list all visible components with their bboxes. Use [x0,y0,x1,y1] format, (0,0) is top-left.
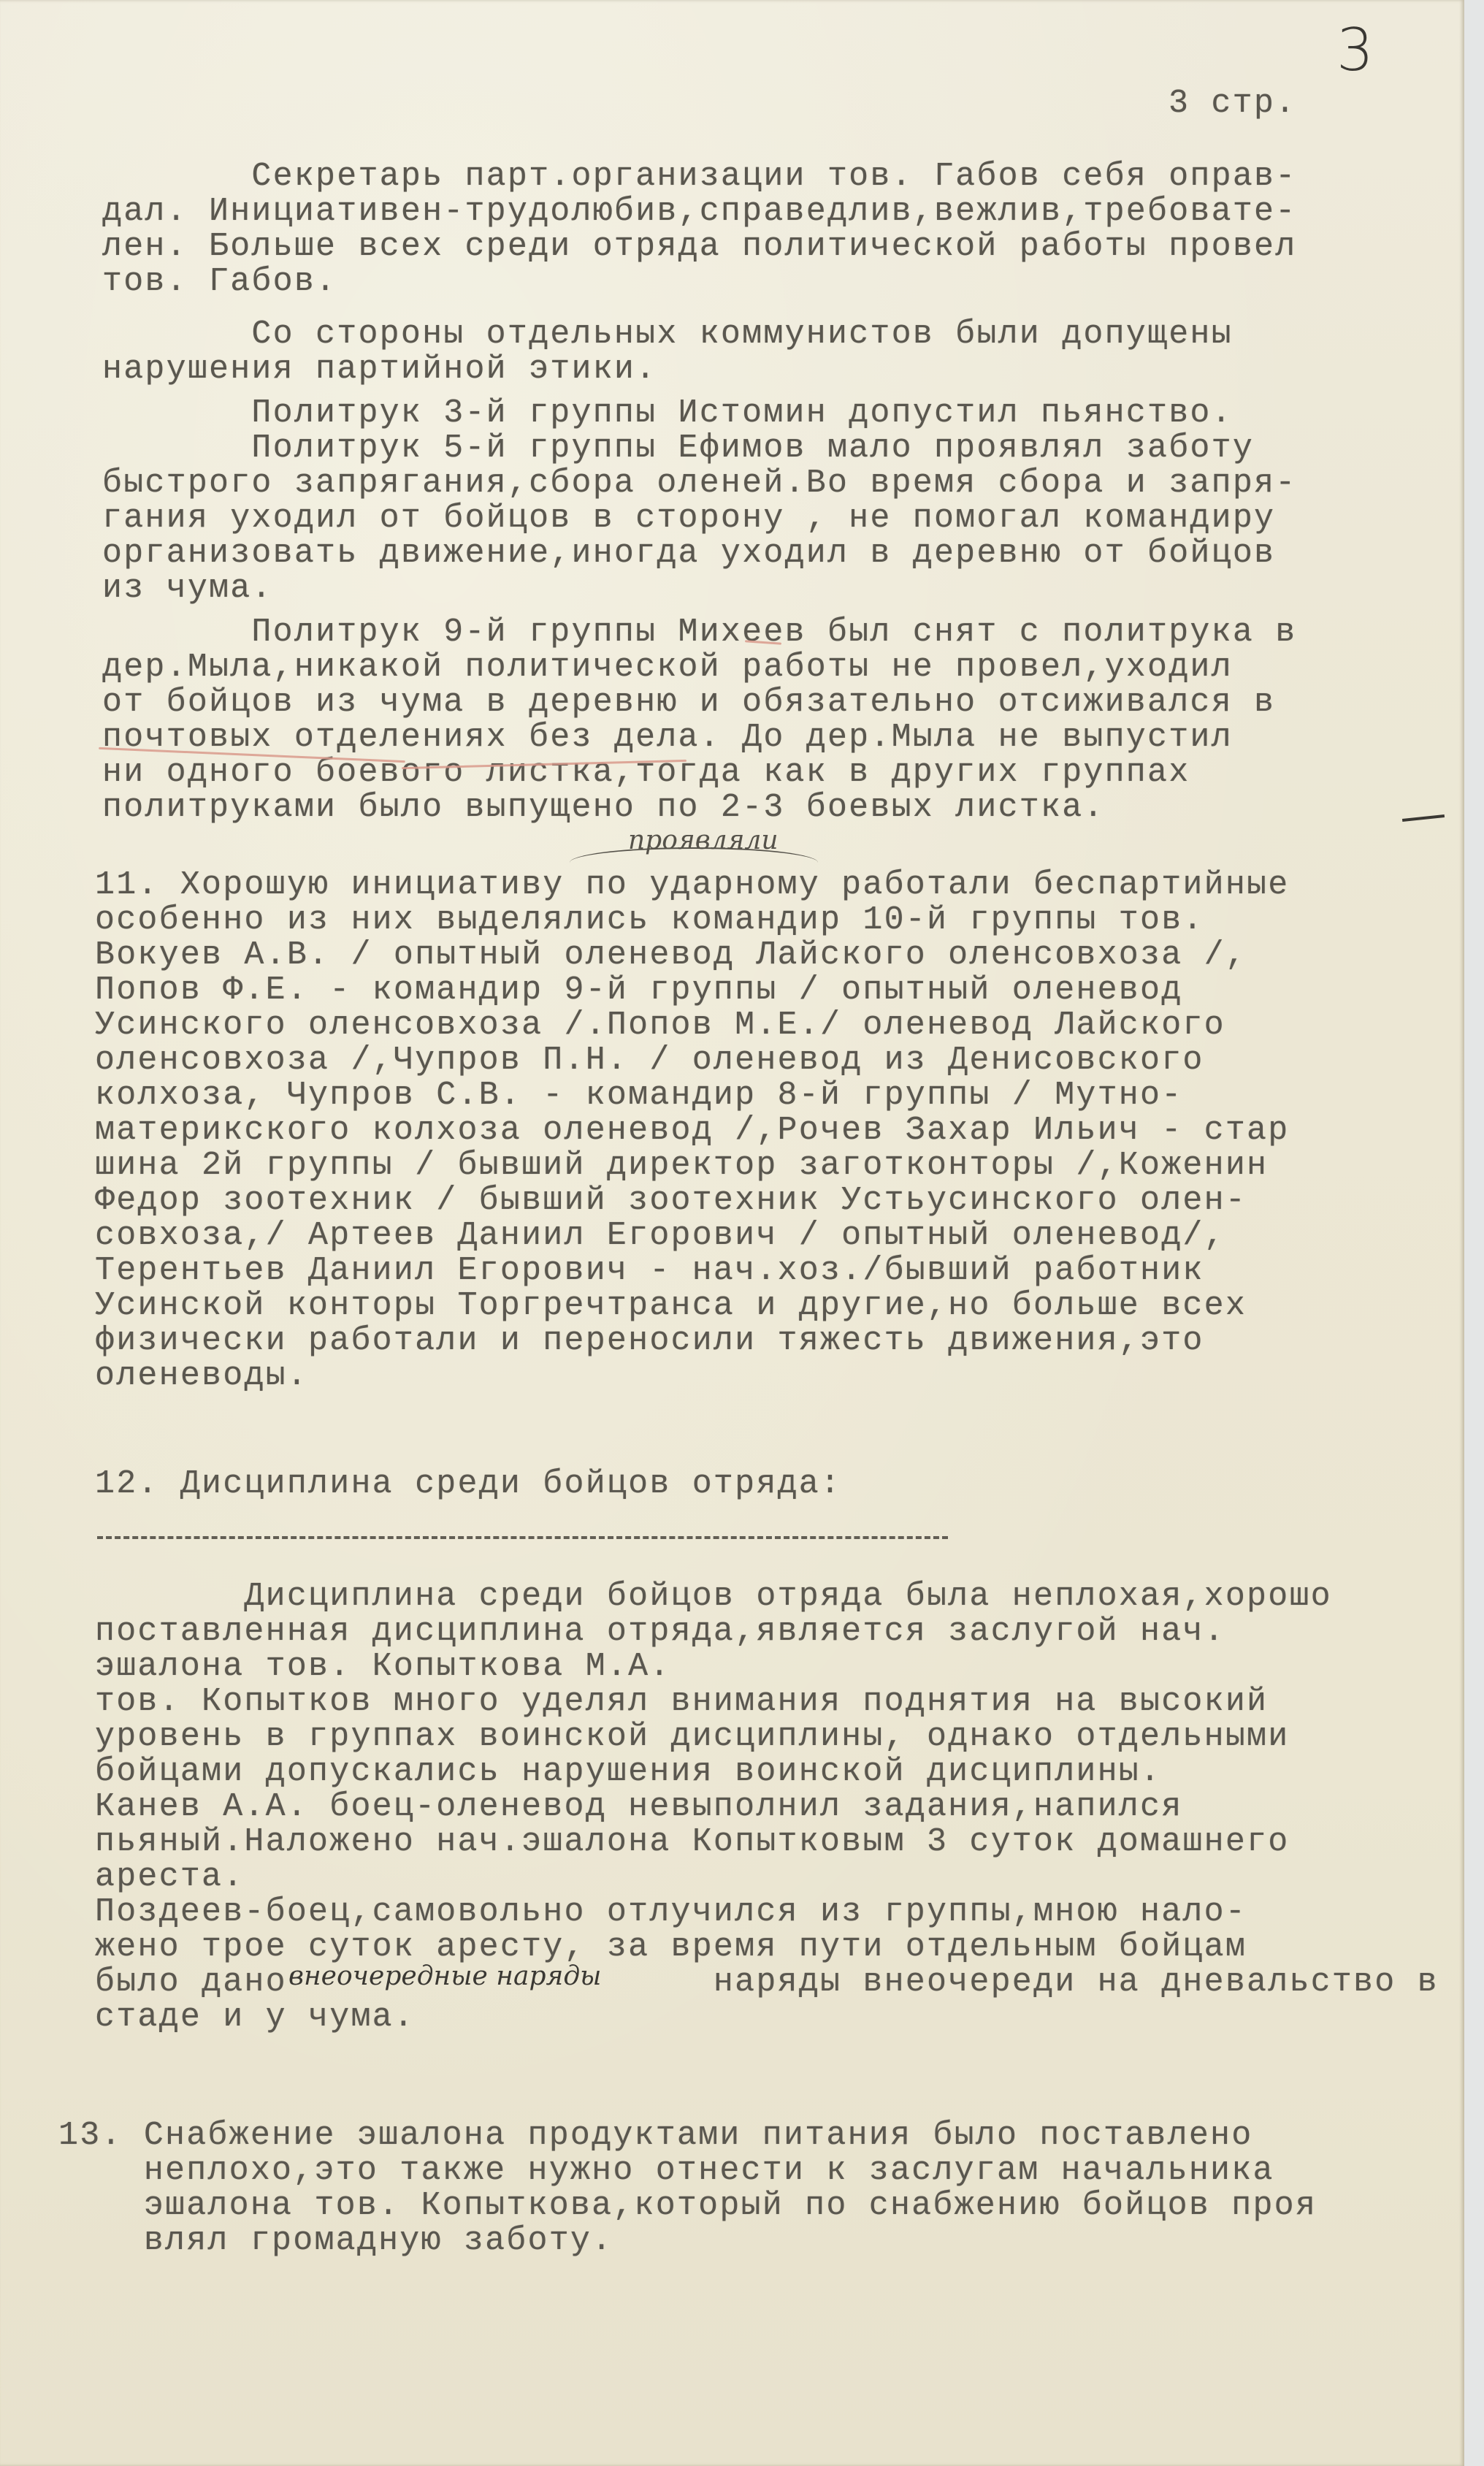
text-line: влял громадную заботу. [58,2223,613,2259]
text-line: совхоза,/ Артеев Даниил Егорович / опытн… [95,1218,1225,1253]
text-line: гания уходил от бойцов в сторону , не по… [102,501,1275,536]
text-line: дал. Инициативен-трудолюбив,справедлив,в… [102,194,1296,229]
text-line: организовать движение,иногда уходил в де… [102,536,1275,571]
text-line: лен. Больше всех среди отряда политическ… [102,229,1296,264]
text-line: эшалона тов. Копыткова М.А. [95,1649,671,1684]
text-line: от бойцов из чума в деревню и обязательн… [102,685,1275,720]
text-line: Политрук 9-й группы Михеев был снят с по… [102,615,1296,650]
text-line: из чума. [102,571,273,606]
text-line: бойцами допускались нарушения воинской д… [95,1755,1161,1790]
text-line: дер.Мыла,никакой политической работы не … [102,650,1233,685]
text-line: Федор зоотехник / бывший зоотехник Устьу… [95,1183,1247,1218]
text-line: поставленная дисциплина отряда,является … [95,1614,1225,1649]
typed-page-label: 3 стр. [1169,86,1296,121]
scan-background-edge [1464,0,1484,2466]
text-line: тов. Копытков много уделял внимания подн… [95,1684,1268,1719]
text-line: колхоза, Чупров С.В. - командир 8-й груп… [95,1078,1182,1113]
heading-dashed-rule [97,1536,948,1539]
text-line: ареста. [95,1860,244,1895]
text-line: быстрого запрягания,сбора оленей.Во врем… [102,466,1296,501]
handwritten-correction: внеочередные наряды [288,1961,601,1991]
handwritten-page-number: 3 [1336,16,1374,84]
text-line: шина 2й группы / бывший директор заготко… [95,1148,1268,1183]
text-line: эшалона тов. Копыткова,который по снабже… [58,2188,1317,2223]
text-line: оленсовхоза /,Чупров П.Н. / оленевод из … [95,1043,1204,1078]
text-line: жено трое суток аресту, за время пути от… [95,1930,1247,1965]
document-page: 3 3 стр. Секретарь парт.организации тов.… [0,0,1464,2466]
text-line: политруками было выпущено по 2-3 боевых … [102,790,1105,825]
text-line: Секретарь парт.организации тов. Габов се… [102,159,1296,194]
text-line: нарушения партийной этики. [102,352,657,387]
text-line: Попов Ф.Е. - командир 9-й группы / опытн… [95,973,1182,1008]
text-line: неплохо,это также нужно отнести к заслуг… [58,2153,1274,2188]
text-line: материкского колхоза оленевод /,Рочев За… [95,1113,1289,1148]
text-line: Усинского оленсовхоза /.Попов М.Е./ олен… [95,1008,1225,1043]
text-line: физически работали и переносили тяжесть … [95,1324,1204,1359]
text-line: Вокуев А.В. / опытный оленевод Лайского … [95,938,1247,973]
text-line: Поздеев-боец,самовольно отлучился из гру… [95,1895,1247,1930]
text-line: особенно из них выделялись командир 10-й… [95,903,1204,938]
text-line: 11. Хорошую инициативу по ударному работ… [95,868,1289,903]
text-line: Терентьев Даниил Егорович - нач.хоз./быв… [95,1253,1204,1289]
text-line: пьяный.Наложено нач.эшалона Копытковым 3… [95,1825,1289,1860]
text-line: тов. Габов. [102,264,337,299]
text-line: Усинской конторы Торгречтранса и другие,… [95,1289,1247,1324]
text-line: почтовых отделениях без дела. До дер.Мыл… [102,720,1233,755]
text-line: Со стороны отдельных коммунистов были до… [102,317,1233,352]
text-line: Политрук 5-й группы Ефимов мало проявлял… [102,431,1254,466]
margin-pencil-dash [1402,814,1445,822]
handwritten-insert: проявляли [628,825,779,855]
text-line: Политрук 3-й группы Истомин допустил пья… [102,396,1233,431]
text-line: оленеводы. [95,1359,308,1394]
text-line: Дисциплина среди бойцов отряда была непл… [95,1579,1332,1614]
section-12-heading: 12. Дисциплина среди бойцов отряда: [95,1467,841,1502]
text-line: уровень в группах воинской дисциплины, о… [95,1719,1289,1755]
text-line: 13. Снабжение эшалона продуктами питания… [58,2118,1252,2153]
text-line: Канев А.А. боец-оленевод невыполнил зада… [95,1790,1182,1825]
text-line: стаде и у чума. [95,2000,415,2035]
